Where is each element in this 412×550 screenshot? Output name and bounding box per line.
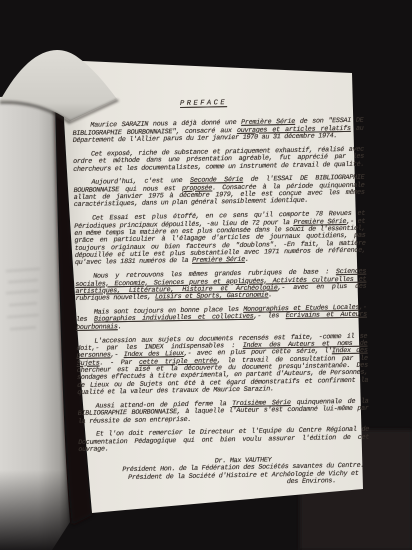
paragraph: Mais sont toujours en bonne place les Mo… bbox=[76, 305, 367, 332]
page-content: PREFACE Maurice SARAZIN nous a déjà donn… bbox=[72, 98, 370, 491]
paragraph: L'accession aux sujets ou documents rece… bbox=[76, 333, 368, 397]
left-page-shadow-fade bbox=[0, 470, 80, 550]
paragraph: Cet Essai est plus étoffé, en ce sens qu… bbox=[74, 211, 366, 268]
book-photo: PREFACE Maurice SARAZIN nous a déjà donn… bbox=[0, 0, 412, 550]
paragraph: Aujourd'hui, c'est une Seconde Série de … bbox=[73, 175, 364, 210]
paragraph: Cet exposé, riche de substance et pratiq… bbox=[73, 147, 364, 174]
signature-block: Dr. Max VAUTHEY Président Hon. de la Féd… bbox=[121, 456, 366, 490]
paragraph: Nous y retrouvons les mêmes grandes rubr… bbox=[75, 269, 366, 304]
preface-paragraphs: Maurice SARAZIN nous a déjà donné une Pr… bbox=[72, 118, 369, 454]
paragraph: Aussi attend-on de pied ferme la Troisiè… bbox=[78, 398, 369, 425]
paragraph: Maurice SARAZIN nous a déjà donné une Pr… bbox=[72, 118, 363, 145]
paragraph: Et l'on doit remercier le Directeur et l… bbox=[78, 427, 369, 454]
